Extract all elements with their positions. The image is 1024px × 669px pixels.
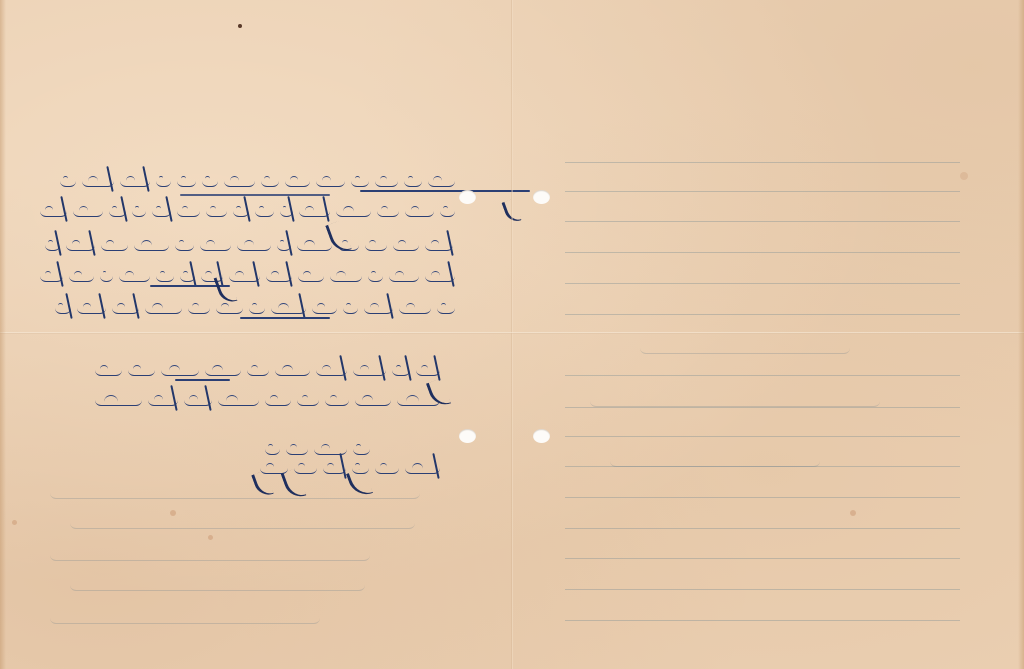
handwritten-word bbox=[134, 244, 169, 251]
handwritten-word bbox=[120, 180, 150, 187]
ruled-line bbox=[565, 558, 960, 559]
handwritten-line bbox=[55, 300, 455, 320]
handwritten-line bbox=[95, 362, 440, 382]
ruled-line bbox=[565, 221, 960, 222]
ruled-line bbox=[565, 162, 960, 163]
ruled-line bbox=[565, 407, 960, 408]
stain bbox=[238, 24, 242, 28]
handwritten-word bbox=[299, 210, 330, 217]
handwritten-line bbox=[40, 203, 455, 223]
ruled-line bbox=[565, 191, 960, 192]
handwritten-word bbox=[353, 369, 386, 376]
handwritten-word bbox=[277, 244, 291, 251]
bleed-through-line bbox=[70, 582, 365, 591]
handwritten-word bbox=[188, 307, 210, 314]
handwritten-line bbox=[40, 268, 455, 288]
handwritten-word bbox=[112, 307, 139, 314]
ruled-line bbox=[565, 497, 960, 498]
handwritten-word bbox=[261, 180, 280, 187]
handwritten-word bbox=[101, 244, 128, 251]
ruled-line bbox=[565, 589, 960, 590]
handwritten-word bbox=[255, 210, 274, 217]
handwritten-word bbox=[343, 307, 358, 314]
handwritten-word bbox=[180, 275, 195, 282]
punch-hole bbox=[533, 190, 550, 204]
scanned-letter: handwritten letter (scanned, folded bifo… bbox=[0, 0, 1024, 669]
bleed-through-line bbox=[70, 520, 415, 529]
handwritten-word bbox=[353, 448, 370, 455]
handwritten-word bbox=[285, 180, 310, 187]
punch-hole bbox=[459, 190, 476, 204]
handwritten-word bbox=[77, 307, 106, 314]
handwritten-word bbox=[355, 399, 391, 406]
handwritten-word bbox=[312, 307, 337, 314]
handwritten-word bbox=[73, 210, 103, 217]
stain bbox=[960, 172, 968, 180]
handwritten-word bbox=[336, 210, 371, 217]
handwritten-word bbox=[224, 180, 255, 187]
ruled-line bbox=[565, 375, 960, 376]
handwritten-word bbox=[161, 369, 199, 376]
horizontal-fold-crease bbox=[0, 332, 1024, 334]
handwritten-word bbox=[40, 210, 67, 217]
handwritten-word bbox=[249, 307, 266, 314]
handwritten-line bbox=[45, 237, 455, 257]
ruled-line bbox=[565, 528, 960, 529]
handwritten-word bbox=[405, 210, 434, 217]
handwritten-word bbox=[60, 180, 76, 187]
handwritten-word bbox=[375, 180, 398, 187]
bleed-through-line bbox=[50, 615, 320, 624]
ruled-line bbox=[565, 252, 960, 253]
handwritten-word bbox=[82, 180, 114, 187]
handwritten-word bbox=[365, 244, 387, 251]
handwritten-line bbox=[60, 173, 455, 193]
ruled-line bbox=[565, 314, 960, 315]
handwritten-word bbox=[184, 399, 212, 406]
handwritten-word bbox=[202, 180, 218, 187]
handwritten-word bbox=[152, 210, 171, 217]
bleed-through-line bbox=[640, 345, 850, 354]
vertical-fold-crease bbox=[511, 0, 513, 669]
handwritten-word bbox=[364, 307, 393, 314]
handwritten-word bbox=[69, 275, 94, 282]
bleed-through-line bbox=[590, 398, 880, 407]
handwritten-word bbox=[200, 244, 231, 251]
handwritten-word bbox=[175, 244, 194, 251]
handwritten-word bbox=[416, 369, 440, 376]
handwritten-word bbox=[393, 244, 419, 251]
handwritten-word bbox=[280, 210, 293, 217]
handwritten-word bbox=[206, 210, 227, 217]
handwritten-word bbox=[177, 210, 200, 217]
handwritten-word bbox=[389, 275, 419, 282]
left-page: Left page — handwritten text bbox=[0, 0, 512, 669]
handwritten-word bbox=[229, 275, 260, 282]
handwritten-word bbox=[437, 307, 455, 314]
handwritten-word bbox=[425, 275, 455, 282]
handwritten-word bbox=[298, 275, 324, 282]
bleed-through-line bbox=[50, 552, 370, 561]
handwritten-word bbox=[351, 180, 369, 187]
stain bbox=[208, 535, 213, 540]
handwritten-word bbox=[265, 448, 280, 455]
handwritten-word bbox=[405, 467, 440, 474]
handwritten-line bbox=[95, 392, 440, 412]
handwritten-word bbox=[66, 244, 95, 251]
handwritten-word bbox=[216, 307, 243, 314]
handwritten-word bbox=[425, 244, 453, 251]
bleed-through-line bbox=[610, 458, 820, 467]
punch-hole bbox=[533, 429, 550, 443]
handwritten-word bbox=[128, 369, 155, 376]
handwritten-word bbox=[119, 275, 150, 282]
handwritten-word bbox=[330, 275, 362, 282]
handwritten-word bbox=[275, 369, 310, 376]
handwritten-word bbox=[316, 180, 345, 187]
handwritten-word bbox=[375, 467, 399, 474]
handwritten-word bbox=[237, 244, 271, 251]
paper-edge-right bbox=[1018, 0, 1024, 669]
paper-edge-left bbox=[0, 0, 6, 669]
handwritten-word bbox=[392, 369, 410, 376]
handwritten-word bbox=[314, 448, 347, 455]
handwritten-word bbox=[45, 244, 60, 251]
handwritten-word bbox=[265, 399, 292, 406]
handwritten-word bbox=[109, 210, 126, 217]
stain bbox=[170, 510, 176, 516]
handwritten-word bbox=[428, 180, 455, 187]
handwritten-word bbox=[286, 448, 308, 455]
handwritten-word bbox=[233, 210, 249, 217]
right-page: Right page — ruled, blank with mirrored … bbox=[512, 0, 1024, 669]
handwritten-word bbox=[404, 180, 422, 187]
handwritten-word bbox=[323, 467, 346, 474]
handwritten-word bbox=[325, 399, 349, 406]
handwritten-word bbox=[156, 180, 171, 187]
handwritten-word bbox=[266, 275, 292, 282]
ruled-line bbox=[565, 283, 960, 284]
handwritten-word bbox=[399, 307, 431, 314]
handwritten-word bbox=[100, 275, 113, 282]
handwritten-word bbox=[297, 244, 332, 251]
handwritten-word bbox=[247, 369, 269, 376]
ink-underline bbox=[175, 379, 230, 381]
handwritten-word bbox=[377, 210, 399, 217]
ruled-line bbox=[565, 620, 960, 621]
stain bbox=[12, 520, 17, 525]
handwritten-word bbox=[316, 369, 347, 376]
punch-hole bbox=[459, 429, 476, 443]
interlinear-insertion bbox=[180, 194, 330, 196]
handwritten-word bbox=[40, 275, 63, 282]
handwritten-word bbox=[148, 399, 178, 406]
handwritten-word bbox=[271, 307, 306, 314]
ink-underline bbox=[360, 190, 530, 192]
stain bbox=[850, 510, 856, 516]
ink-underline bbox=[240, 317, 330, 319]
handwritten-line bbox=[265, 441, 370, 461]
handwritten-word bbox=[95, 369, 122, 376]
handwritten-word bbox=[440, 210, 455, 217]
handwritten-word bbox=[95, 399, 142, 406]
handwritten-word bbox=[205, 369, 241, 376]
handwritten-word bbox=[297, 399, 319, 406]
handwritten-word bbox=[218, 399, 259, 406]
handwritten-word bbox=[156, 275, 174, 282]
handwritten-word bbox=[177, 180, 196, 187]
handwritten-word bbox=[132, 210, 146, 217]
handwritten-word bbox=[368, 275, 383, 282]
handwritten-word bbox=[55, 307, 71, 314]
handwritten-word bbox=[145, 307, 182, 314]
ruled-line bbox=[565, 436, 960, 437]
